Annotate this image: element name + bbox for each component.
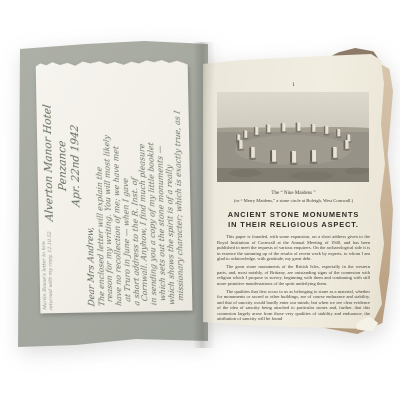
paragraph: This paper is founded, with some expansi… — [217, 234, 370, 262]
letter-body: The enclosed letter will explain the rea… — [93, 65, 186, 307]
photo-caption-subtitle: (or “ Merry Maidens,” a stone circle at … — [217, 198, 370, 203]
article-body: This paper is founded, with some expansi… — [217, 234, 370, 322]
pasted-letter: Martin Rouse's letter to him returned wi… — [36, 59, 193, 314]
left-board: Martin Rouse's letter to him returned wi… — [16, 40, 208, 348]
right-page: 1 — [203, 54, 385, 332]
article-heading: ANCIENT STONE MONUMENTS IN THEIR RELIGIO… — [217, 210, 370, 229]
halftone-overlay — [217, 92, 369, 182]
article-heading-line: ANCIENT STONE MONUMENTS — [217, 210, 370, 219]
letter-paper: Martin Rouse's letter to him returned wi… — [36, 59, 193, 314]
paragraph: The qualities that first occur to us as … — [217, 289, 370, 322]
article-heading-line: IN THEIR RELIGIOUS ASPECT. — [217, 220, 370, 229]
photographed-open-booklet: Martin Rouse's letter to him returned wi… — [0, 0, 400, 400]
photo-caption-title: The “ Nine Maidens ” — [217, 191, 370, 197]
right-page-content: 1 — [203, 54, 385, 332]
stone-circle-photo — [217, 92, 369, 182]
page-number: 1 — [217, 82, 370, 88]
book: Martin Rouse's letter to him returned wi… — [0, 0, 400, 400]
pencil-note: Martin Rouse's letter to him returned wi… — [42, 231, 55, 311]
address-line: Apr. 22nd 1942 — [68, 66, 84, 208]
paragraph: The great stone monuments of the British… — [217, 264, 370, 286]
letter-handwriting: Martin Rouse's letter to him returned wi… — [36, 59, 193, 314]
